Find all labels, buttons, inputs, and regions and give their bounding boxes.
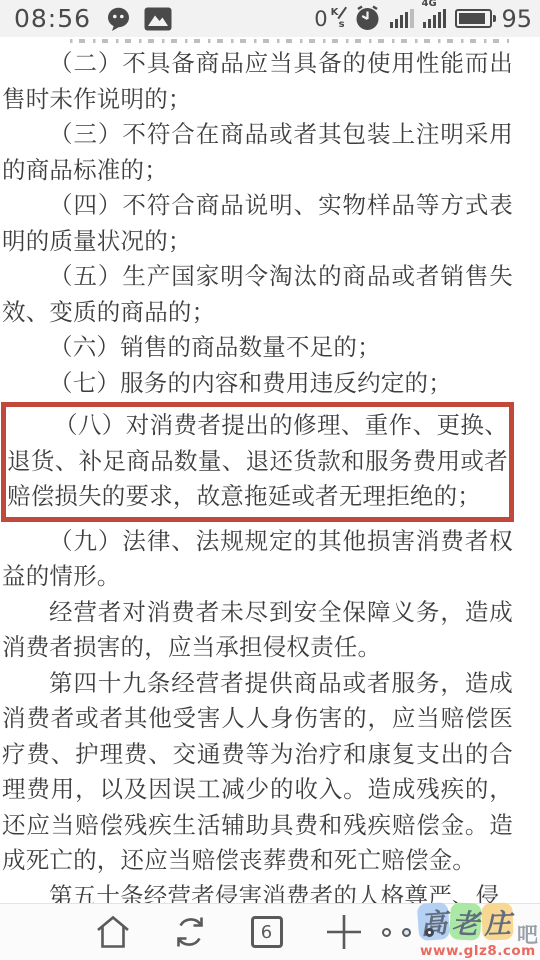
- watermark-url: www.glz8.com: [420, 943, 536, 959]
- highlighted-paragraph: （八）对消费者提出的修理、重作、更换、退货、补足商品数量、退还货款和服务费用或者…: [7, 408, 508, 515]
- tabs-button[interactable]: 6: [228, 904, 305, 960]
- refresh-button[interactable]: [151, 904, 228, 960]
- paragraph: （五）生产国家明令淘汰的商品或者销售失效、变质的商品的；: [2, 259, 513, 330]
- paragraph: （六）销售的商品数量不足的；: [2, 330, 513, 366]
- signal-bars-icon: [390, 9, 414, 28]
- law-text: （二）不具备商品应当具备的使用性能而出售时未作说明的；（三）不符合在商品或者其包…: [2, 46, 513, 914]
- clock-time: 08:56: [14, 4, 91, 33]
- watermark: 高 老 庄 吧 www.glz8.com: [418, 901, 538, 959]
- alarm-clock-icon: [354, 5, 381, 32]
- clipped-text-line-top: [70, 39, 509, 43]
- network-speed: 0 K s: [314, 7, 344, 31]
- watermark-char-block: 老: [449, 902, 482, 941]
- paragraph: （九）法律、法规规定的其他损害消费者权益的情形。: [2, 524, 513, 595]
- new-tab-button[interactable]: [305, 904, 382, 960]
- watermark-char-block: 高: [417, 902, 451, 941]
- menu-dot-icon: [425, 928, 434, 937]
- watermark-char-block: 庄: [481, 902, 513, 940]
- highlight-box: （八）对消费者提出的修理、重作、更换、退货、补足商品数量、退还货款和服务费用或者…: [1, 402, 514, 522]
- tab-count-badge: 6: [251, 916, 283, 948]
- paragraph: （七）服务的内容和费用违反约定的；: [2, 366, 513, 402]
- webpage-content[interactable]: （二）不具备商品应当具备的使用性能而出售时未作说明的；（三）不符合在商品或者其包…: [0, 37, 540, 960]
- status-bar: 08:56 0: [0, 0, 540, 37]
- paragraph: （三）不符合在商品或者其包装上注明采用的商品标准的；: [2, 117, 513, 188]
- paragraph: 第四十九条经营者提供商品或者服务，造成消费者或者其他受害人人身伤害的，应当赔偿医…: [2, 666, 513, 879]
- paragraph: （四）不符合商品说明、实物样品等方式表明的质量状况的；: [2, 188, 513, 259]
- signal-bars-4g-icon: 4G: [423, 9, 447, 28]
- battery-percent: 95: [501, 5, 532, 33]
- paragraph: （二）不具备商品应当具备的使用性能而出售时未作说明的；: [2, 46, 513, 117]
- battery-icon: [455, 9, 492, 28]
- wechat-notification-icon: [105, 6, 132, 32]
- home-button[interactable]: [74, 904, 151, 960]
- browser-toolbar: 6 高 老 庄 吧 www.glz8.com: [0, 903, 540, 960]
- menu-dot-icon: [402, 928, 411, 937]
- phone-screen: 08:56 0: [0, 0, 540, 960]
- network-type-label: 4G: [422, 0, 437, 9]
- kps-unit: K s: [330, 7, 345, 31]
- paragraph: 经营者对消费者未尽到安全保障义务，造成消费者损害的，应当承担侵权责任。: [2, 595, 513, 666]
- menu-dot-icon: [382, 928, 391, 937]
- gallery-notification-icon: [144, 7, 172, 31]
